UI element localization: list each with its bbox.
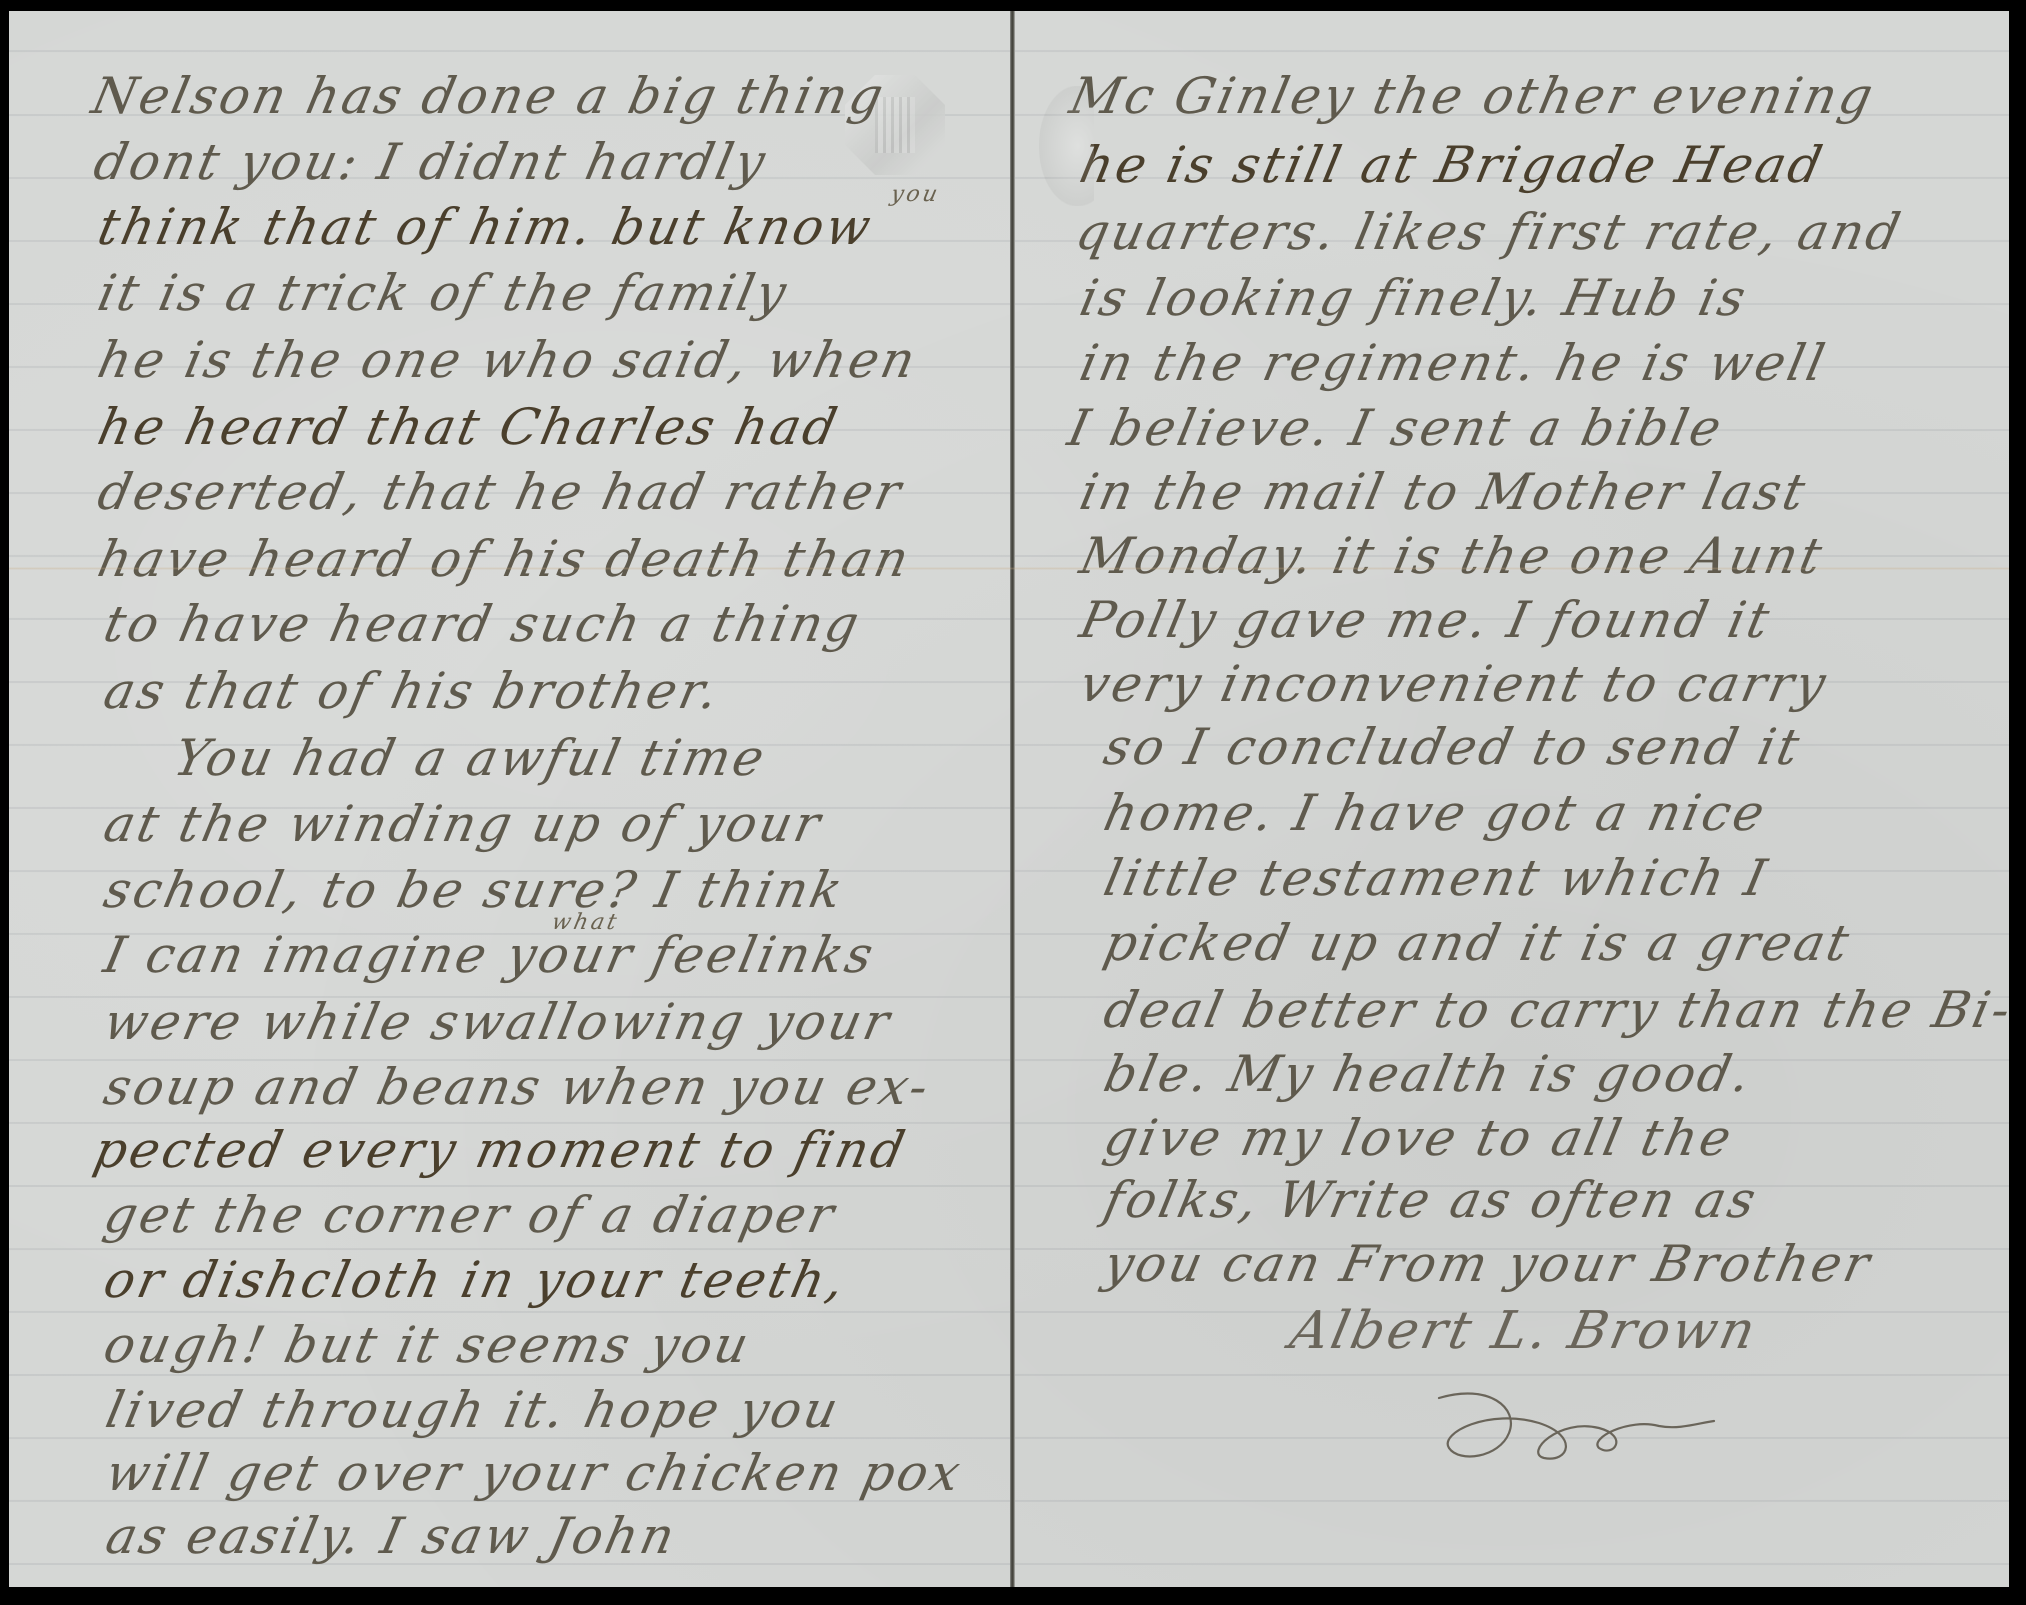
letter-line: deserted, that he had rather (93, 463, 909, 521)
letter-line: in the mail to Mother last (1075, 463, 1813, 521)
letter-line: so I concluded to send it (1099, 718, 1807, 776)
left-page: Nelson has done a big thing dont you: I … (9, 11, 1012, 1587)
line-text: I can imagine your feelinks (99, 926, 881, 984)
letter-line: he is still at Brigade Head (1075, 136, 1830, 194)
letter-line: in the regiment. he is well (1075, 334, 1832, 392)
letter-line: deal better to carry than the Bi- (1099, 981, 2009, 1039)
signature-flourish-icon (1429, 1388, 1719, 1468)
letter-line: Monday. it is the one Aunt (1075, 527, 1830, 585)
line-text: think that of him. but know (93, 198, 879, 256)
horizontal-fold (9, 567, 2009, 570)
letter-line: or dishcloth in your teeth, (99, 1251, 852, 1309)
letter-line: Nelson has done a big thing (87, 67, 891, 125)
letter-line: very inconvenient to carry (1075, 655, 1833, 713)
letter-line: dont you: I didnt hardly (89, 133, 773, 191)
letter-line: to have heard such a thing (99, 595, 867, 653)
letter-line: I can imagine your feelinks what (99, 926, 881, 984)
letter-line: picked up and it is a great (1099, 914, 1857, 972)
letter-line: Mc Ginley the other evening (1065, 67, 1881, 125)
letter-line: quarters. likes first rate, and (1071, 203, 1908, 261)
letter-line: ble. My health is good. (1099, 1045, 1758, 1103)
signature: Albert L. Brown (1285, 1301, 1763, 1361)
letter-line: as easily. I saw John (101, 1507, 682, 1565)
letter-line: have heard of his death than (93, 530, 917, 588)
letter-line: think that of him. but know you (93, 198, 879, 256)
right-page: Mc Ginley the other evening he is still … (1015, 11, 2009, 1587)
letter-line: You had a awful time (169, 729, 772, 787)
letter-line: you can From your Brother (1099, 1235, 1878, 1293)
letter-line: I believe. I sent a bible (1063, 399, 1729, 457)
letter-line: he is the one who said, when (93, 331, 923, 389)
letter-line: home. I have got a nice (1099, 784, 1772, 842)
letter-line: soup and beans when you ex- (99, 1058, 936, 1116)
letter-line: pected every moment to find (89, 1121, 912, 1179)
letter-line: folks, Write as often as (1099, 1171, 1764, 1229)
letter-line: little testament which I (1099, 849, 1774, 907)
letter-line: get the corner of a diaper (99, 1186, 842, 1244)
letter-line: is looking finely. Hub is (1075, 269, 1754, 327)
letter-line: give my love to all the (1099, 1109, 1739, 1167)
embossed-stamp-icon (1039, 86, 1094, 206)
letter-line: were while swallowing your (99, 993, 897, 1051)
letter-line: he heard that Charles had (93, 398, 845, 456)
letter-line: at the winding up of your (99, 795, 828, 853)
letter-line: school, to be sure? I think (99, 861, 850, 919)
letter-line: will get over your chicken pox (101, 1444, 968, 1502)
letter-line: Polly gave me. I found it (1075, 591, 1777, 649)
letter-line: it is a trick of the family (93, 264, 794, 322)
letter-line: as that of his brother. (99, 662, 726, 720)
inserted-word: what (549, 910, 621, 935)
letter-line: ough! but it seems you (99, 1316, 756, 1374)
inserted-word: you (888, 182, 942, 207)
letter-sheet: Nelson has done a big thing dont you: I … (9, 11, 2009, 1587)
letter-line: lived through it. hope you (101, 1381, 846, 1439)
